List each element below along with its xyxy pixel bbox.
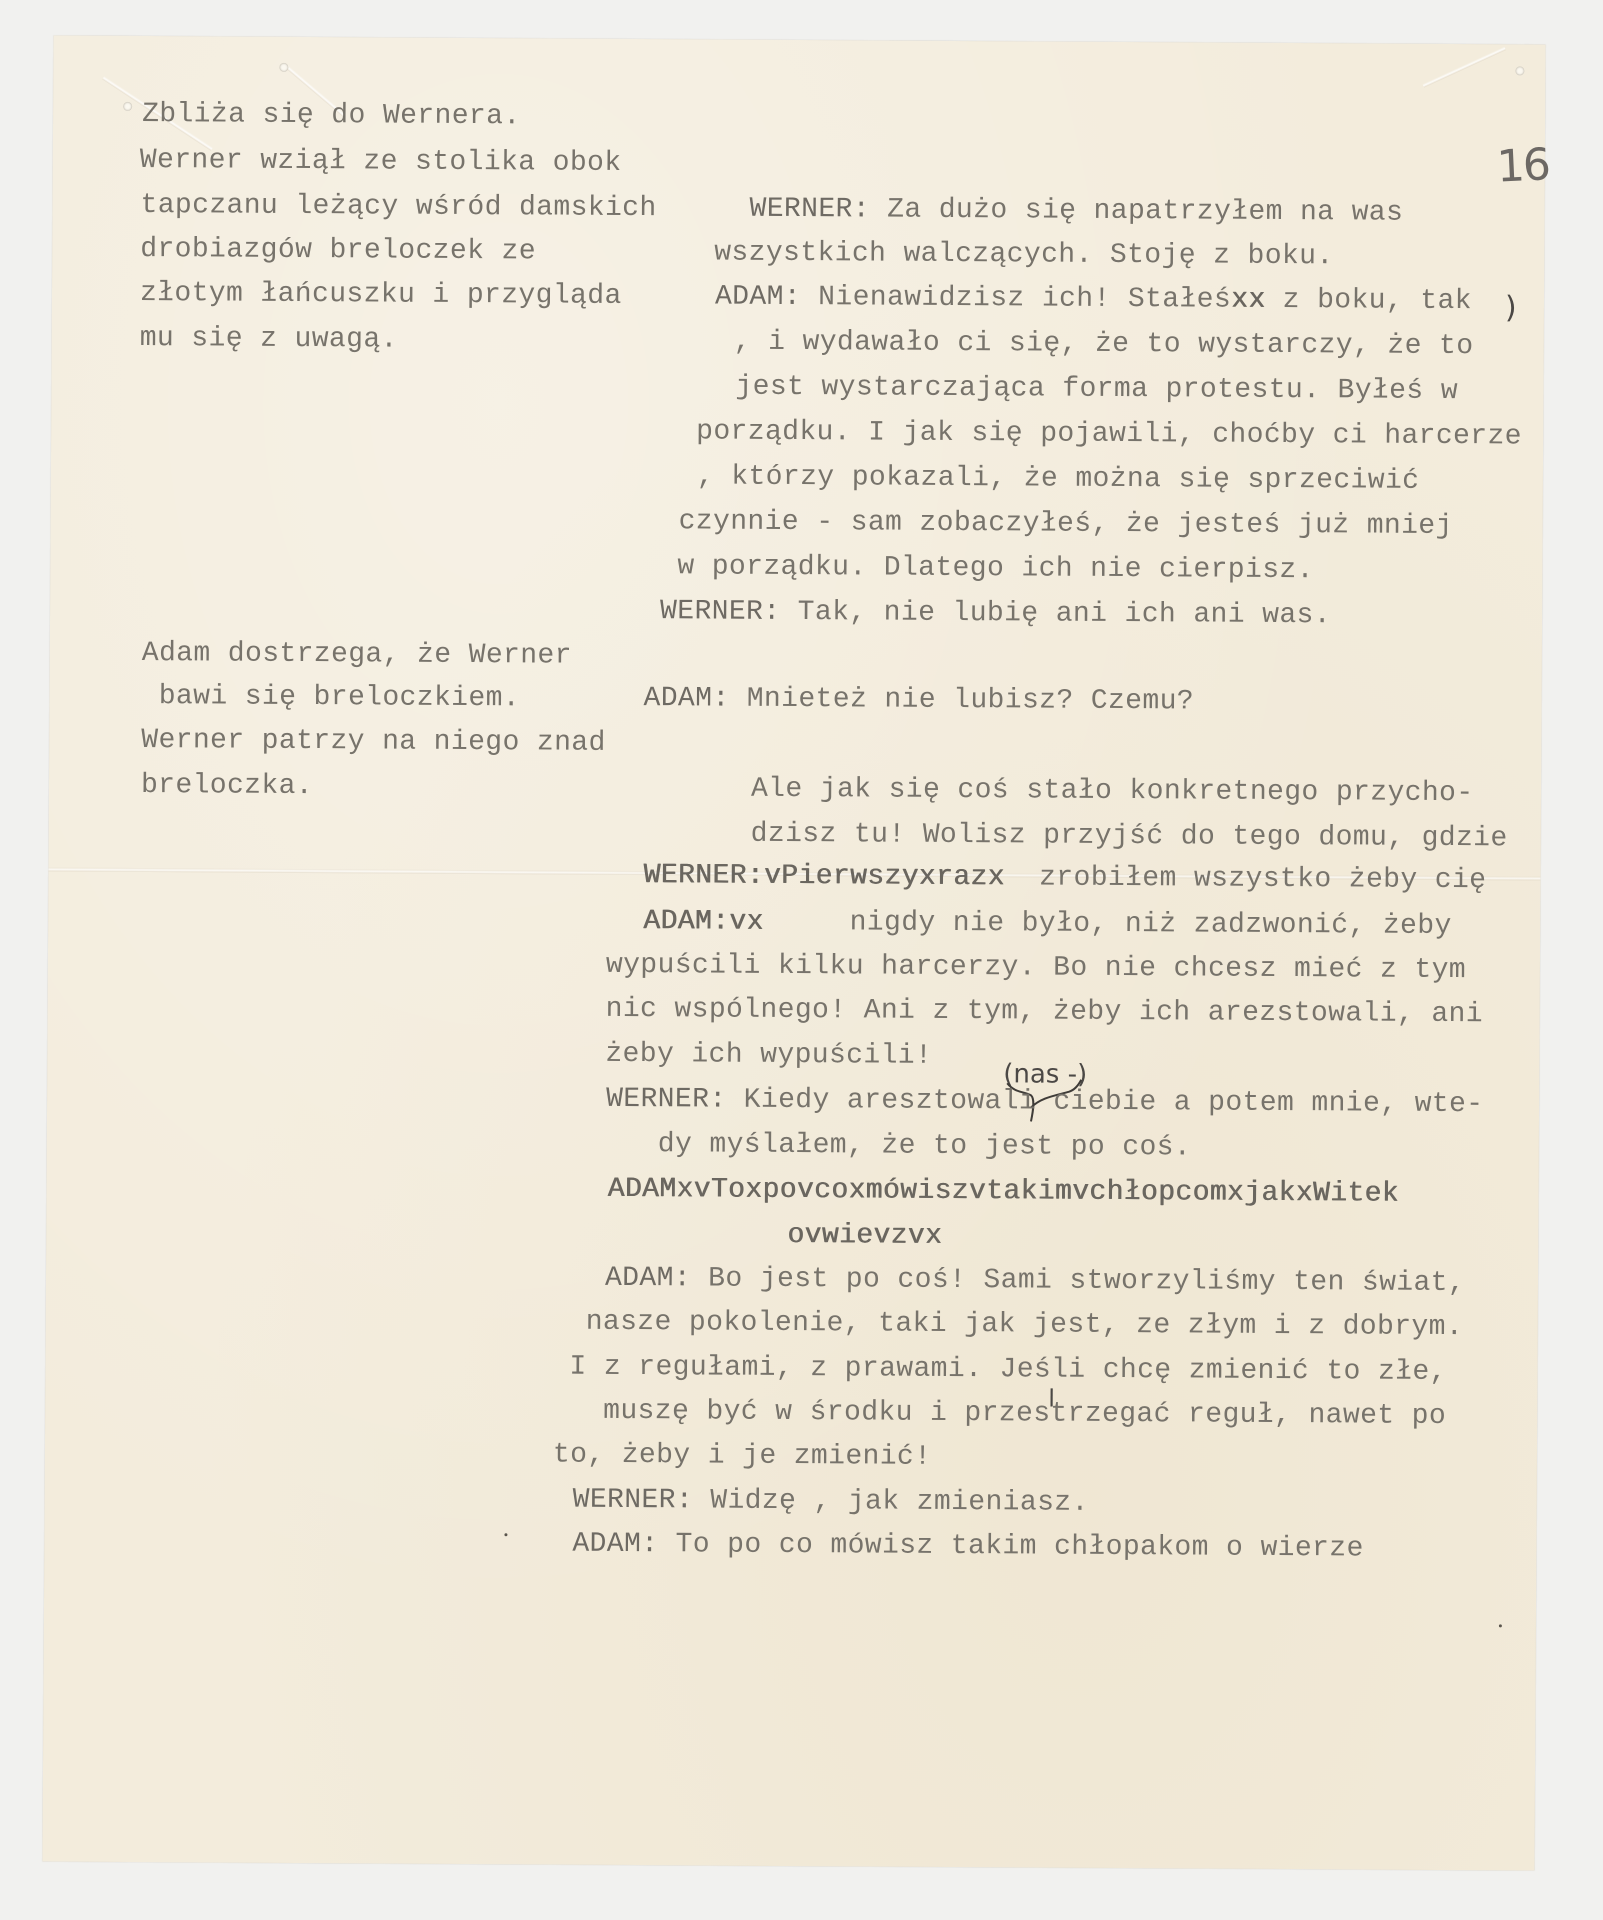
dialogue-line: , którzy pokazali, że można się sprzeciw… (697, 462, 1420, 496)
dialogue-line: czynnie - sam zobaczyłeś, że jesteś już … (679, 507, 1453, 542)
dialogue-line: muszę być w środku i przestrzegać reguł,… (603, 1397, 1446, 1432)
page-number: 16 (1496, 139, 1550, 192)
stage-direction-line: złotym łańcuszku i przygląda (140, 279, 622, 312)
dialogue-line: żeby ich wypuścili! (605, 1040, 932, 1072)
dialogue-line: nasze pokolenie, taki jak jest, ze złym … (586, 1308, 1464, 1343)
dialogue-line: ADAM: Nienawidzisz ich! Stałeśxx z boku,… (715, 283, 1472, 318)
dialogue-line: ADAM: Bo jest po coś! Sami stworzyliśmy … (605, 1264, 1465, 1299)
dialogue-text: zrobiłem wszystko żeby cię (1005, 862, 1487, 896)
dialogue-line: WERNER: Za dużo się napatrzyłem na was (749, 195, 1403, 229)
dialogue-line: WERNER:vPierwszyxrazx zrobiłem wszystko … (643, 861, 1486, 896)
dialogue-text: Mnieteż nie lubisz? Czemu? (729, 684, 1194, 718)
dialogue-line: wypuścili kilku harcerzy. Bo nie chcesz … (606, 951, 1466, 986)
dialogue-line: WERNER: Tak, nie lubię ani ich ani was. (660, 597, 1331, 631)
dialogue-text: To po co mówisz takim chłopakom o wierze (658, 1529, 1363, 1564)
dialogue-text: Widzę , jak zmieniasz. (693, 1485, 1089, 1518)
ink-speck (1499, 1624, 1502, 1627)
speaker-label: WERNER: (660, 596, 781, 628)
dialogue-line: , i wydawało ci się, że to wystarczy, że… (734, 328, 1474, 363)
paper-crease-top-right (1422, 46, 1505, 87)
stage-direction-line: breloczka. (141, 771, 313, 802)
handwritten-bracket-mark: ) (1505, 290, 1517, 325)
struck-out-line: ADAMxvToxpovcoxmówiszvtakimvchłopcomxjak… (607, 1175, 1398, 1210)
dialogue-line: dy myślałem, że to jest po coś. (658, 1130, 1191, 1163)
dialogue-text: nigdy nie było, niż zadzwonić, żeby (764, 907, 1452, 942)
punch-hole (1515, 66, 1524, 75)
stage-direction-line: tapczanu leżący wśród damskich (140, 191, 656, 224)
stage-direction-line: Werner wziął ze stolika obok (140, 146, 622, 179)
speaker-label: ADAM: (643, 683, 729, 715)
speaker-label: ADAM: (572, 1529, 658, 1561)
dialogue-line: ADAM: To po co mówisz takim chłopakom o … (572, 1530, 1363, 1565)
punch-hole (123, 102, 132, 111)
stage-direction-line: Zbliża się do Wernera. (142, 100, 521, 132)
dialogue-line: Ale jak się coś stało konkretnego przych… (751, 775, 1474, 809)
dialogue-line: ADAM:vx nigdy nie było, niż zadzwonić, ż… (643, 907, 1452, 942)
typed-over-strikeout: ADAM:vx (643, 906, 764, 938)
punch-hole (279, 63, 288, 72)
speaker-label: ADAM: (605, 1263, 691, 1295)
dialogue-line: porządku. I jak się pojawili, choćby ci … (696, 417, 1522, 452)
typed-over-strikeout: WERNER:vPierwszyxrazx (643, 860, 1004, 893)
dialogue-text: Za dużo się napatrzyłem na was (870, 194, 1403, 228)
dialogue-line: jest wystarczająca forma protestu. Byłeś… (735, 373, 1458, 407)
stage-direction-line: Adam dostrzega, że Werner (142, 639, 572, 672)
dialogue-text: Bo jest po coś! Sami stworzyliśmy ten św… (691, 1263, 1465, 1299)
dialogue-line: I z regułami, z prawami. Jeśli chcę zmie… (569, 1353, 1447, 1388)
stage-direction-line: drobiazgów breloczek ze (140, 235, 536, 267)
dialogue-line: wszystkich walczących. Stoję z boku. (714, 239, 1333, 273)
dialogue-text: Tak, nie lubię ani ich ani was. (780, 597, 1331, 631)
dialogue-line: nic wspólnego! Ani z tym, żeby ich arezs… (606, 995, 1484, 1030)
dialogue-text: Kiedy aresztowali ciebie a potem mnie, w… (726, 1085, 1483, 1121)
dialogue-line: WERNER: Kiedy aresztowali ciebie a potem… (606, 1085, 1484, 1120)
typed-over-strikeout: xx (1231, 285, 1266, 316)
struck-out-line: ovwievzvx (787, 1221, 942, 1252)
speaker-label: WERNER: (573, 1485, 694, 1517)
dialogue-line: ADAM: Mnieteż nie lubisz? Czemu? (643, 684, 1194, 717)
dialogue-line: w porządku. Dlatego ich nie cierpisz. (677, 552, 1314, 586)
dialogue-line: WERNER: Widzę , jak zmieniasz. (573, 1486, 1089, 1519)
dialogue-text: z boku, tak (1265, 285, 1472, 317)
stage-direction-line: mu się z uwagą. (140, 324, 398, 356)
speaker-label: ADAM: (715, 282, 801, 314)
typescript-page: 16 Zbliża się do Wernera. Werner wziął z… (42, 35, 1545, 1870)
dialogue-line: dzisz tu! Wolisz przyjść do tego domu, g… (751, 820, 1508, 855)
speaker-label: WERNER: (606, 1084, 727, 1116)
stage-direction-line: Werner patrzy na niego znad (141, 726, 606, 759)
speaker-label: WERNER: (749, 194, 870, 226)
dialogue-line: to, żeby i je zmienić! (553, 1441, 932, 1473)
dialogue-text: Nienawidzisz ich! Stałeś (801, 282, 1231, 316)
ink-speck (504, 1533, 507, 1536)
stage-direction-line: bawi się breloczkiem. (141, 682, 520, 714)
